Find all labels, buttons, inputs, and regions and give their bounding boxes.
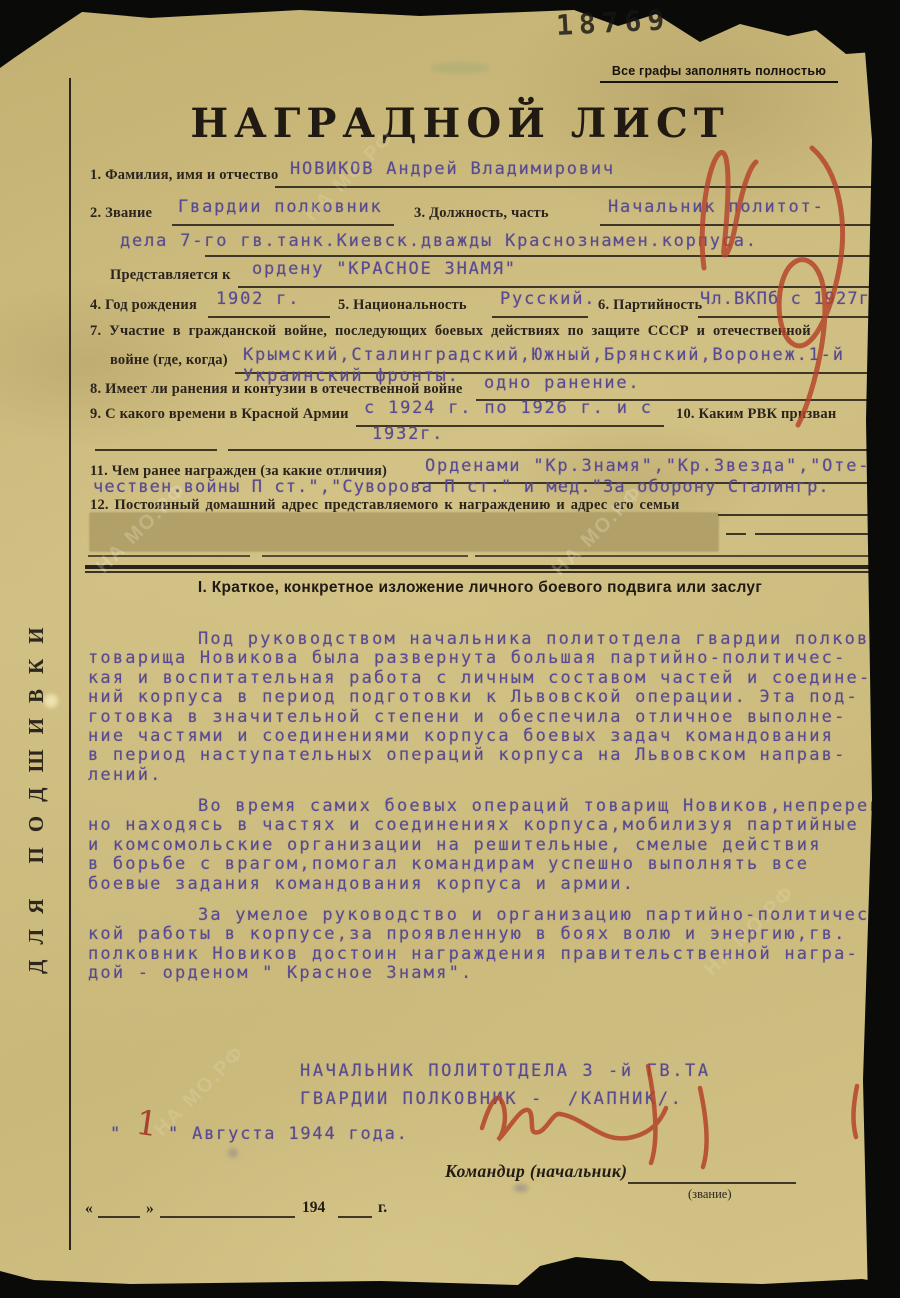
citation-line: Под руководством начальника политотдела … <box>88 629 888 648</box>
underline <box>95 449 217 451</box>
underline <box>238 286 875 288</box>
underline <box>160 1216 295 1218</box>
field5-label: 5. Национальность <box>338 297 467 314</box>
citation-line: в период наступательных операций корпуса… <box>88 745 888 764</box>
underline <box>98 1216 140 1218</box>
margin-rule <box>69 78 71 1250</box>
field2-label: 2. Звание <box>90 205 152 222</box>
underline <box>755 533 875 535</box>
citation-line: но находясь в частях и соединениях корпу… <box>88 815 888 834</box>
citation-line: кая и воспитательная работа с личным сос… <box>88 668 888 687</box>
citation-line: ний корпуса в период подготовки к Львовс… <box>88 687 888 706</box>
field9-value-line2: 1932г. <box>372 424 444 444</box>
field11-value-line2: чествен.войны П ст.","Суворова П ст." и … <box>93 477 830 497</box>
ink-smudge <box>430 62 490 74</box>
fill-all-fields-note: Все графы заполнять полностью <box>600 64 838 83</box>
signer-position: НАЧАЛЬНИК ПОЛИТОТДЕЛА 3 -й ГВ.ТА <box>300 1061 711 1081</box>
underline <box>172 224 394 226</box>
presented-label: Представляется к <box>110 267 231 284</box>
underline <box>275 186 875 188</box>
red-signature <box>482 1066 857 1167</box>
citation-line: лений. <box>88 765 888 784</box>
underline <box>628 1182 796 1184</box>
field7-value-line2: Украинский фронты. <box>243 366 460 386</box>
field4-label: 4. Год рождения <box>90 297 197 314</box>
commander-label: Командир (начальник) <box>445 1161 627 1182</box>
underline <box>698 316 875 318</box>
citation-line: боевые задания командования корпуса и ар… <box>88 874 888 893</box>
underline <box>492 316 588 318</box>
underline <box>208 316 330 318</box>
citation-line: Во время самих боевых операций товарищ Н… <box>88 796 888 815</box>
field9-label: 9. С какого времени в Красной Армии <box>90 406 349 423</box>
field10-label: 10. Каким РВК призван <box>676 406 836 423</box>
citation-line: ние частями и соединениями корпуса боевы… <box>88 726 888 745</box>
document-title: НАГРАДНОЙ ЛИСТ <box>170 100 750 147</box>
citation-line: в борьбе с врагом,помогал командирам усп… <box>88 854 888 873</box>
blank-date-quote-close: » <box>146 1200 154 1218</box>
underline <box>475 555 875 557</box>
scan-edge-corner <box>0 0 100 68</box>
scan-edge-top <box>0 0 900 54</box>
citation-line: и комсомольские организации на решительн… <box>88 835 888 854</box>
ink-smudge <box>228 1148 238 1158</box>
field11-value: Орденами "Кр.Знамя","Кр.Звезда","Оте- <box>425 456 870 476</box>
citation-paragraph-1: Под руководством начальника политотдела … <box>88 629 888 784</box>
blank-year-suffix: г. <box>378 1199 387 1217</box>
blank-year-prefix: 194 <box>302 1199 325 1217</box>
field7-value: Крымский,Сталинградский,Южный,Брянский,В… <box>243 345 845 365</box>
citation-line: товарища Новикова была развернута больша… <box>88 648 888 667</box>
rank-hint: (звание) <box>688 1187 731 1202</box>
underline <box>726 533 746 535</box>
field3-value: Начальник политот- <box>608 197 825 217</box>
underline <box>228 449 875 451</box>
underline <box>338 1216 372 1218</box>
award-sheet-scan: ДЛЯ ПОДШИВКИ 18769 Все графы заполнять п… <box>0 0 900 1298</box>
field5-value: Русский. <box>500 289 596 309</box>
field4-value: 1902 г. <box>216 289 300 309</box>
underline <box>600 224 875 226</box>
signer-rank: ГВАРДИИ ПОЛКОВНИК - <box>300 1089 544 1109</box>
date-text: " Августа 1944 года. <box>168 1124 409 1144</box>
field7-label-line1: 7. Участие в гражданской войне, последую… <box>90 323 811 340</box>
field9-value: с 1924 г. по 1926 г. и с <box>364 398 653 418</box>
signer-name: /КАПНИК/. <box>568 1089 684 1109</box>
underline <box>205 255 875 257</box>
field7-label-line2: войне (где, когда) <box>110 352 228 369</box>
field1-label: 1. Фамилия, имя и отчество <box>90 167 278 184</box>
presented-value: ордену "КРАСНОЕ ЗНАМЯ" <box>252 259 517 279</box>
citation-paragraph-2: Во время самих боевых операций товарищ Н… <box>88 796 888 893</box>
handwritten-day: 1 <box>133 1103 160 1146</box>
section-rule <box>85 565 877 569</box>
section-rule-2 <box>85 571 877 573</box>
field8-value: одно ранение. <box>484 373 640 393</box>
blank-date-quote-open: « <box>85 1200 93 1218</box>
citation-heading: I. Краткое, конкретное изложение личного… <box>90 579 870 597</box>
citation-line: готовка в значительной степени и обеспеч… <box>88 707 888 726</box>
scan-edge-bottom <box>0 1257 900 1298</box>
field3-label: 3. Должность, часть <box>414 205 549 222</box>
ink-smudge <box>514 1184 528 1192</box>
field6-label: 6. Партийность <box>598 297 702 314</box>
underline <box>262 555 468 557</box>
underline <box>705 514 875 516</box>
serial-number-stamp: 18769 <box>555 3 671 42</box>
field6-value: Чл.ВКПб с 1927г. <box>700 289 881 309</box>
citation-line: дой - орденом " Красное Знамя". <box>88 963 888 982</box>
citation-line: полковник Новиков достоин награждения пр… <box>88 944 888 963</box>
binding-margin-note: ДЛЯ ПОДШИВКИ <box>24 382 49 974</box>
date-quote-open: " <box>110 1124 122 1144</box>
field2-value: Гвардии полковник <box>178 197 383 217</box>
field3-value-line2: дела 7-го гв.танк.Киевск.дважды Краснозн… <box>120 231 758 251</box>
archive-watermark: НА МО.РФ <box>875 456 900 556</box>
